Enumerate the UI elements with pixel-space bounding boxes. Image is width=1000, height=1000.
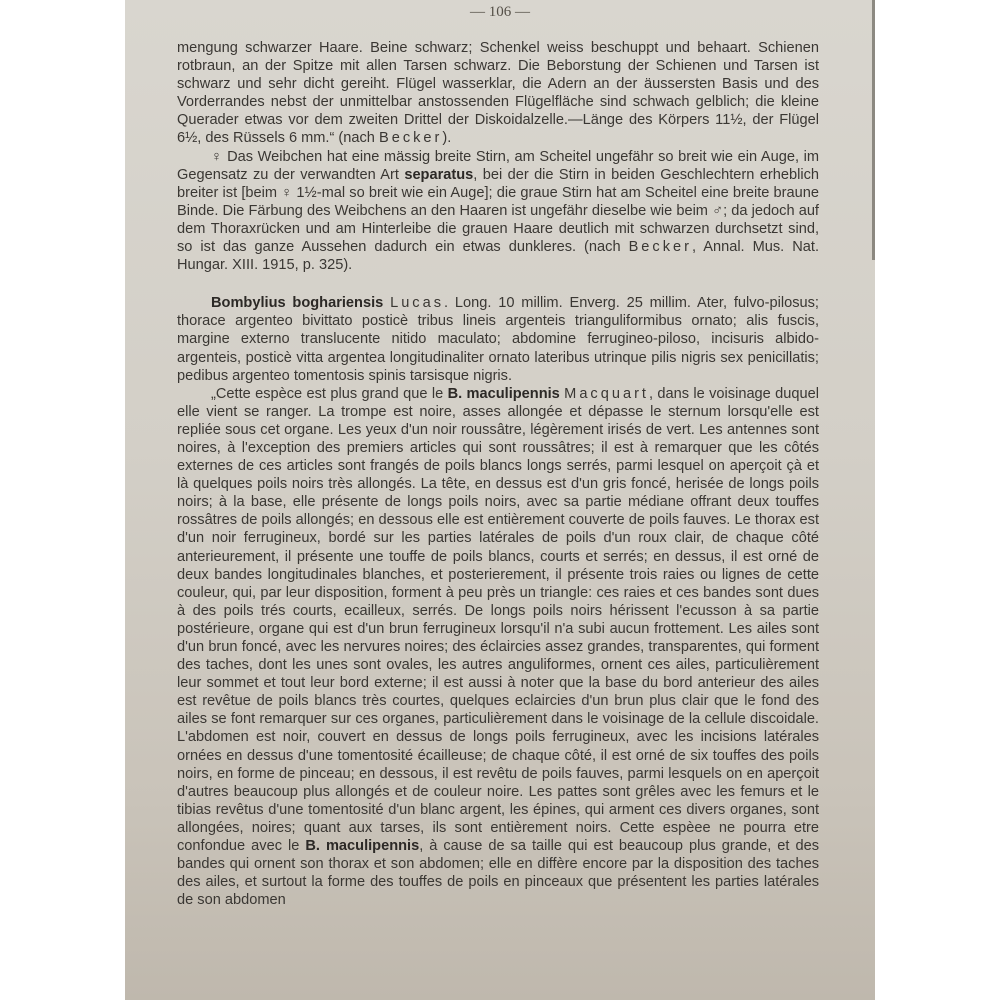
paragraph-text: mengung schwarzer Haare. Beine schwarz; …	[177, 40, 819, 146]
paragraph-text: ).	[442, 130, 451, 146]
author-name: Lucas	[390, 295, 444, 311]
author-name: Becker	[629, 239, 692, 255]
species-name: separatus	[404, 167, 473, 183]
book-page: — 106 — mengung schwarzer Haare. Beine s…	[125, 0, 875, 1000]
author-name: Becker	[379, 130, 442, 146]
author-name: Macquart	[564, 386, 649, 402]
page-number: — 106 —	[125, 4, 875, 21]
paragraph-text: , dans le voisinage duquel elle vient se…	[177, 386, 819, 854]
paragraph-text: „Cette espèce est plus grand que le	[211, 386, 448, 402]
paragraph-becker-female: ♀ Das Weibchen hat eine mässig breite St…	[177, 148, 819, 275]
species-heading: Bombylius boghariensis	[211, 295, 383, 311]
species-name: B. maculipennis	[448, 386, 560, 402]
paragraph-boghariensis-french: „Cette espèce est plus grand que le B. m…	[177, 385, 819, 910]
paragraph-becker-male-end: mengung schwarzer Haare. Beine schwarz; …	[177, 39, 819, 148]
paragraph-boghariensis-latin: Bombylius boghariensis Lucas. Long. 10 m…	[177, 294, 819, 384]
species-name: B. maculipennis	[305, 838, 419, 854]
page-body: mengung schwarzer Haare. Beine schwarz; …	[177, 39, 819, 909]
